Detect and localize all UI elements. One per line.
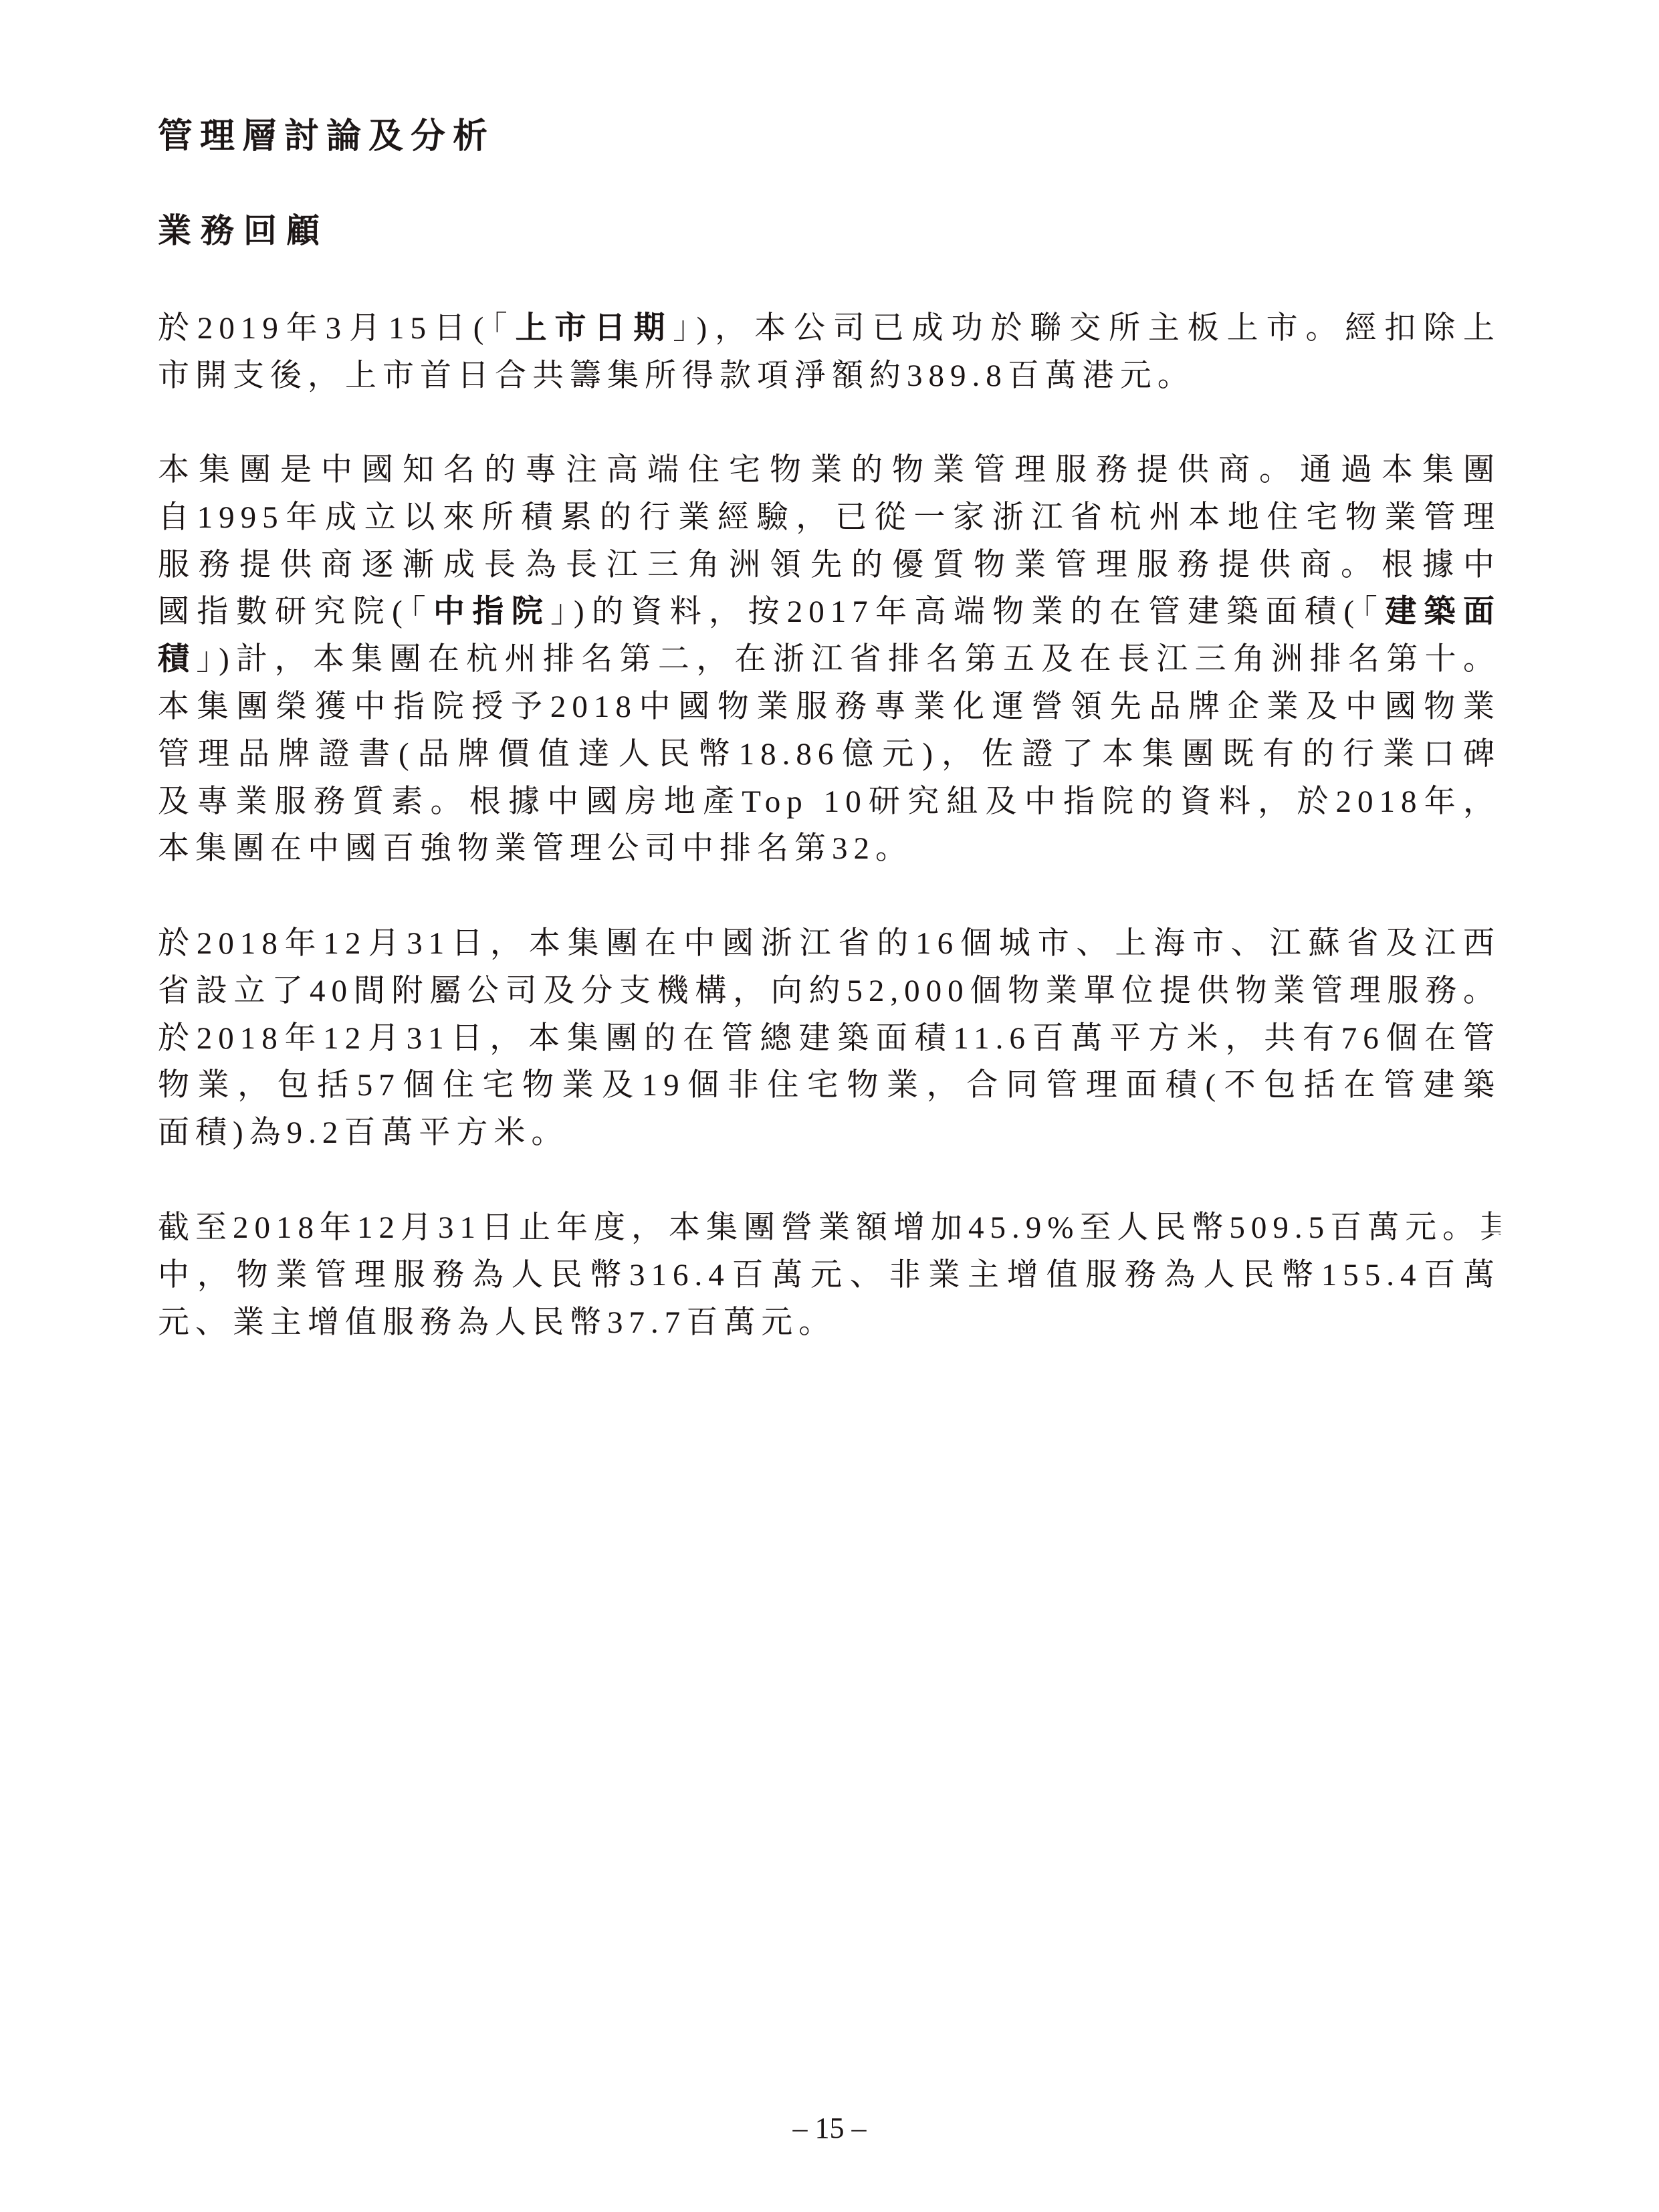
text-line: 本集團榮獲中指院授予2018中國物業服務專業化運營領先品牌企業及中國物業 <box>158 683 1501 731</box>
text-segment: 本集團榮獲中指院授予2018中國物業服務專業化運營領先品牌企業及中國物業 <box>158 689 1501 724</box>
text-segment: 省設立了40間附屬公司及分支機構，向約52,000個物業單位提供物業管理服務。 <box>158 974 1501 1008</box>
text-line: 本集團在中國百強物業管理公司中排名第32。 <box>158 825 1501 873</box>
text-segment: 國指數研究院(「 <box>158 594 433 629</box>
text-segment: 服務提供商逐漸成長為長江三角洲領先的優質物業管理服務提供商。根據中 <box>158 548 1501 582</box>
text-segment: 於2019年3月15日(「 <box>158 311 516 346</box>
text-segment: 截至2018年12月31日止年度，本集團營業額增加45.9%至人民幣509.5百… <box>158 1210 1501 1245</box>
text-segment: 」)，本公司已成功於聯交所主板上市。經扣除上 <box>673 311 1501 346</box>
text-line: 本集團是中國知名的專注高端住宅物業的物業管理服務提供商。通過本集團 <box>158 447 1501 494</box>
defined-term: 上市日期 <box>516 310 673 346</box>
paragraph-listing: 於2019年3月15日(「上市日期」)，本公司已成功於聯交所主板上市。經扣除上市… <box>158 305 1501 400</box>
defined-term: 建築面 <box>1385 593 1501 630</box>
paragraph-portfolio: 於2018年12月31日，本集團在中國浙江省的16個城市、上海市、江蘇省及江西省… <box>158 920 1501 1157</box>
text-segment: 本集團在中國百強物業管理公司中排名第32。 <box>158 831 913 866</box>
defined-term: 中指院 <box>433 593 550 630</box>
text-line: 省設立了40間附屬公司及分支機構，向約52,000個物業單位提供物業管理服務。 <box>158 968 1501 1015</box>
text-line: 於2018年12月31日，本集團的在管總建築面積11.6百萬平方米，共有76個在… <box>158 1015 1501 1063</box>
paragraph-revenue: 截至2018年12月31日止年度，本集團營業額增加45.9%至人民幣509.5百… <box>158 1204 1501 1346</box>
text-line: 市開支後，上市首日合共籌集所得款項淨額約389.8百萬港元。 <box>158 352 1501 400</box>
text-segment: 管理品牌證書(品牌價值達人民幣18.86億元)，佐證了本集團既有的行業口碑 <box>158 737 1501 772</box>
paragraph-company-overview: 本集團是中國知名的專注高端住宅物業的物業管理服務提供商。通過本集團自1995年成… <box>158 447 1501 873</box>
text-line: 自1995年成立以來所積累的行業經驗，已從一家浙江省杭州本地住宅物業管理 <box>158 494 1501 542</box>
text-line: 於2019年3月15日(「上市日期」)，本公司已成功於聯交所主板上市。經扣除上 <box>158 305 1501 352</box>
text-segment: 於2018年12月31日，本集團的在管總建築面積11.6百萬平方米，共有76個在… <box>158 1021 1501 1056</box>
text-segment: 物業，包括57個住宅物業及19個非住宅物業，合同管理面積(不包括在管建築 <box>158 1068 1501 1103</box>
subsection-title: 業務回顧 <box>158 214 329 247</box>
defined-term: 積 <box>158 641 196 677</box>
text-line: 及專業服務質素。根據中國房地產Top 10研究組及中指院的資料，於2018年， <box>158 778 1501 826</box>
text-line: 中，物業管理服務為人民幣316.4百萬元、非業主增值服務為人民幣155.4百萬 <box>158 1252 1501 1299</box>
text-line: 面積)為9.2百萬平方米。 <box>158 1109 1501 1157</box>
text-line: 元、業主增值服務為人民幣37.7百萬元。 <box>158 1299 1501 1347</box>
text-line: 管理品牌證書(品牌價值達人民幣18.86億元)，佐證了本集團既有的行業口碑 <box>158 731 1501 778</box>
text-segment: 市開支後，上市首日合共籌集所得款項淨額約389.8百萬港元。 <box>158 358 1195 393</box>
text-segment: 本集團是中國知名的專注高端住宅物業的物業管理服務提供商。通過本集團 <box>158 453 1501 487</box>
text-segment: 自1995年成立以來所積累的行業經驗，已從一家浙江省杭州本地住宅物業管理 <box>158 500 1501 535</box>
text-line: 積」)計，本集團在杭州排名第二，在浙江省排名第五及在長江三角洲排名第十。 <box>158 636 1501 683</box>
text-line: 物業，包括57個住宅物業及19個非住宅物業，合同管理面積(不包括在管建築 <box>158 1062 1501 1109</box>
document-page: 管理層討論及分析 業務回顧 於2019年3月15日(「上市日期」)，本公司已成功… <box>0 0 1659 2212</box>
text-segment: 於2018年12月31日，本集團在中國浙江省的16個城市、上海市、江蘇省及江西 <box>158 926 1501 961</box>
section-title: 管理層討論及分析 <box>158 119 495 154</box>
text-segment: 中，物業管理服務為人民幣316.4百萬元、非業主增值服務為人民幣155.4百萬 <box>158 1258 1501 1293</box>
text-segment: 」)計，本集團在杭州排名第二，在浙江省排名第五及在長江三角洲排名第十。 <box>196 642 1501 677</box>
text-line: 服務提供商逐漸成長為長江三角洲領先的優質物業管理服務提供商。根據中 <box>158 542 1501 589</box>
text-segment: 面積)為9.2百萬平方米。 <box>158 1115 568 1150</box>
text-segment: 元、業主增值服務為人民幣37.7百萬元。 <box>158 1305 836 1340</box>
text-segment: 及專業服務質素。根據中國房地產Top 10研究組及中指院的資料，於2018年， <box>158 784 1501 819</box>
page-number: – 15 – <box>0 2112 1659 2145</box>
text-segment: 」)的資料，按2017年高端物業的在管建築面積(「 <box>550 594 1385 629</box>
text-line: 國指數研究院(「中指院」)的資料，按2017年高端物業的在管建築面積(「建築面 <box>158 588 1501 636</box>
text-line: 截至2018年12月31日止年度，本集團營業額增加45.9%至人民幣509.5百… <box>158 1204 1501 1252</box>
text-line: 於2018年12月31日，本集團在中國浙江省的16個城市、上海市、江蘇省及江西 <box>158 920 1501 968</box>
